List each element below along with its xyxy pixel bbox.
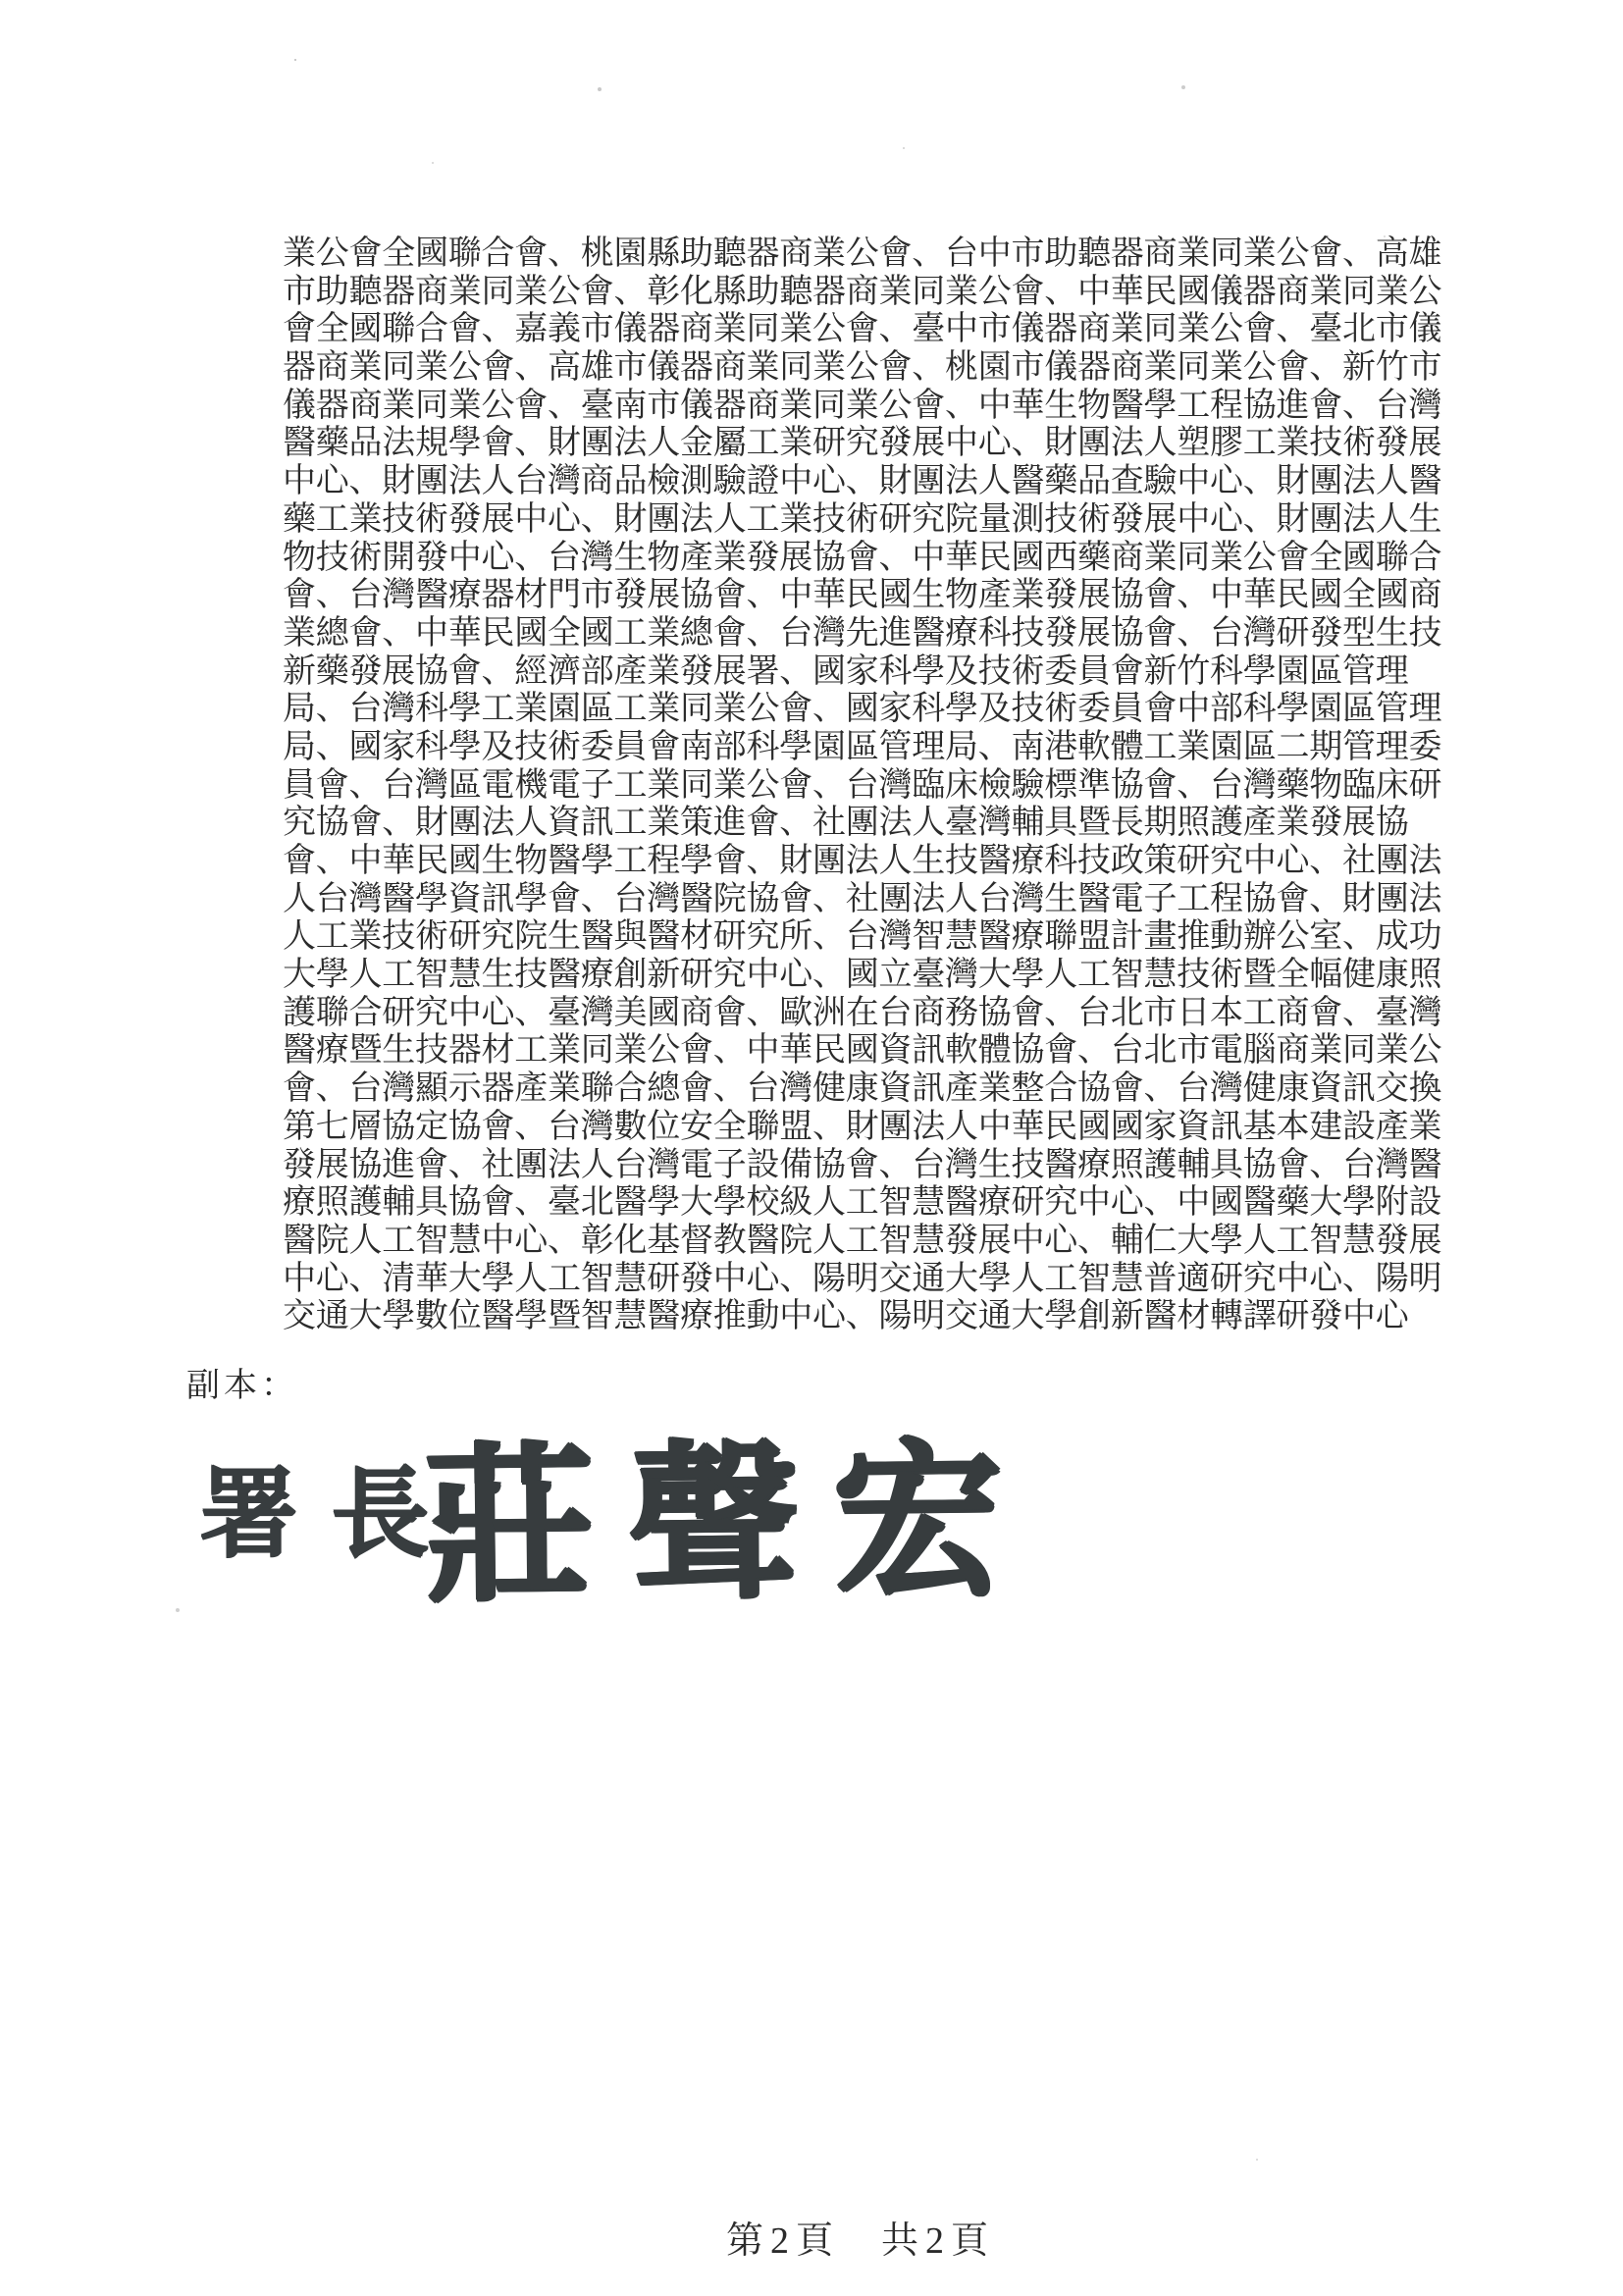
body-text-line: 究協會、財團法人資訊工業策進會、社團法人臺灣輔具暨長期照護產業發展協 bbox=[283, 805, 1470, 843]
body-text-line: 會、台灣醫療器材門市發展協會、中華民國生物產業發展協會、中華民國全國商 bbox=[283, 577, 1470, 615]
body-text-line: 人工業技術研究院生醫與醫材研究所、台灣智慧醫療聯盟計畫推動辦公室、成功 bbox=[283, 918, 1470, 957]
body-text-line: 第七層協定協會、台灣數位安全聯盟、財團法人中華民國國家資訊基本建設產業 bbox=[283, 1109, 1470, 1147]
page-number: 第2頁 bbox=[726, 2220, 840, 2262]
body-text-line: 業公會全國聯合會、桃園縣助聽器商業公會、台中市助聽器商業同業公會、高雄 bbox=[283, 235, 1470, 274]
body-text-line: 醫院人工智慧中心、彰化基督教醫院人工智慧發展中心、輔仁大學人工智慧發展 bbox=[283, 1223, 1470, 1261]
body-text-line: 藥工業技術發展中心、財團法人工業技術研究院量測技術發展中心、財團法人生 bbox=[283, 501, 1470, 540]
body-text-line: 醫藥品法規學會、財團法人金屬工業研究發展中心、財團法人塑膠工業技術發展 bbox=[283, 425, 1470, 463]
body-text-line: 大學人工智慧生技醫療創新研究中心、國立臺灣大學人工智慧技術暨全幅健康照 bbox=[283, 957, 1470, 995]
body-text-line: 儀器商業同業公會、臺南市儀器商業同業公會、中華生物醫學工程協進會、台灣 bbox=[283, 388, 1470, 426]
body-text-line: 中心、財團法人台灣商品檢測驗證中心、財團法人醫藥品查驗中心、財團法人醫 bbox=[283, 463, 1470, 501]
body-text-line: 局、國家科學及技術委員會南部科學園區管理局、南港軟體工業園區二期管理委 bbox=[283, 729, 1470, 767]
body-text-line: 人台灣醫學資訊學會、台灣醫院協會、社團法人台灣生醫電子工程協會、財團法 bbox=[283, 881, 1470, 919]
page-total: 共2頁 bbox=[881, 2220, 995, 2262]
body-text-line: 護聯合研究中心、臺灣美國商會、歐洲在台商務協會、台北市日本工商會、臺灣 bbox=[283, 995, 1470, 1033]
copy-field-label: 副本： bbox=[186, 1358, 298, 1406]
signer-name-signature: 莊聲宏 bbox=[423, 1384, 1038, 1634]
body-text-line: 交通大學數位醫學暨智慧醫療推動中心、陽明交通大學創新醫材轉譯研發中心 bbox=[283, 1298, 1470, 1336]
recipient-list-body: 業公會全國聯合會、桃園縣助聽器商業公會、台中市助聽器商業同業公會、高雄 市助聽器… bbox=[283, 235, 1470, 1336]
body-text-line: 局、台灣科學工業園區工業同業公會、國家科學及技術委員會中部科學園區管理 bbox=[283, 691, 1470, 729]
body-text-line: 中心、清華大學人工智慧研發中心、陽明交通大學人工智慧普適研究中心、陽明 bbox=[283, 1261, 1470, 1299]
body-text-line: 會、中華民國生物醫學工程學會、財團法人生技醫療科技政策研究中心、社團法 bbox=[283, 843, 1470, 881]
body-text-line: 發展協進會、社團法人台灣電子設備協會、台灣生技醫療照護輔具協會、台灣醫 bbox=[283, 1147, 1470, 1185]
body-text-line: 員會、台灣區電機電子工業同業公會、台灣臨床檢驗標準協會、台灣藥物臨床研 bbox=[283, 767, 1470, 806]
page-footer: 第2頁共2頁 bbox=[726, 2210, 995, 2264]
scanned-document-page: 業公會全國聯合會、桃園縣助聽器商業公會、台中市助聽器商業同業公會、高雄 市助聽器… bbox=[0, 0, 1623, 2296]
body-text-line: 市助聽器商業同業公會、彰化縣助聽器商業同業公會、中華民國儀器商業同業公 bbox=[283, 274, 1470, 312]
body-text-line: 物技術開發中心、台灣生物產業發展協會、中華民國西藥商業同業公會全國聯合 bbox=[283, 540, 1470, 578]
scan-noise-speckles bbox=[294, 59, 296, 61]
body-text-line: 業總會、中華民國全國工業總會、台灣先進醫療科技發展協會、台灣研發型生技 bbox=[283, 615, 1470, 653]
body-text-line: 器商業同業公會、高雄市儀器商業同業公會、桃園市儀器商業同業公會、新竹市 bbox=[283, 349, 1470, 388]
body-text-line: 會全國聯合會、嘉義市儀器商業同業公會、臺中市儀器商業同業公會、臺北市儀 bbox=[283, 311, 1470, 349]
body-text-line: 會、台灣顯示器產業聯合總會、台灣健康資訊產業整合協會、台灣健康資訊交換 bbox=[283, 1070, 1470, 1109]
body-text-line: 醫療暨生技器材工業同業公會、中華民國資訊軟體協會、台北市電腦商業同業公 bbox=[283, 1032, 1470, 1070]
body-text-line: 療照護輔具協會、臺北醫學大學校級人工智慧醫療研究中心、中國醫藥大學附設 bbox=[283, 1184, 1470, 1223]
body-text-line: 新藥發展協會、經濟部產業發展署、國家科學及技術委員會新竹科學園區管理 bbox=[283, 653, 1470, 692]
